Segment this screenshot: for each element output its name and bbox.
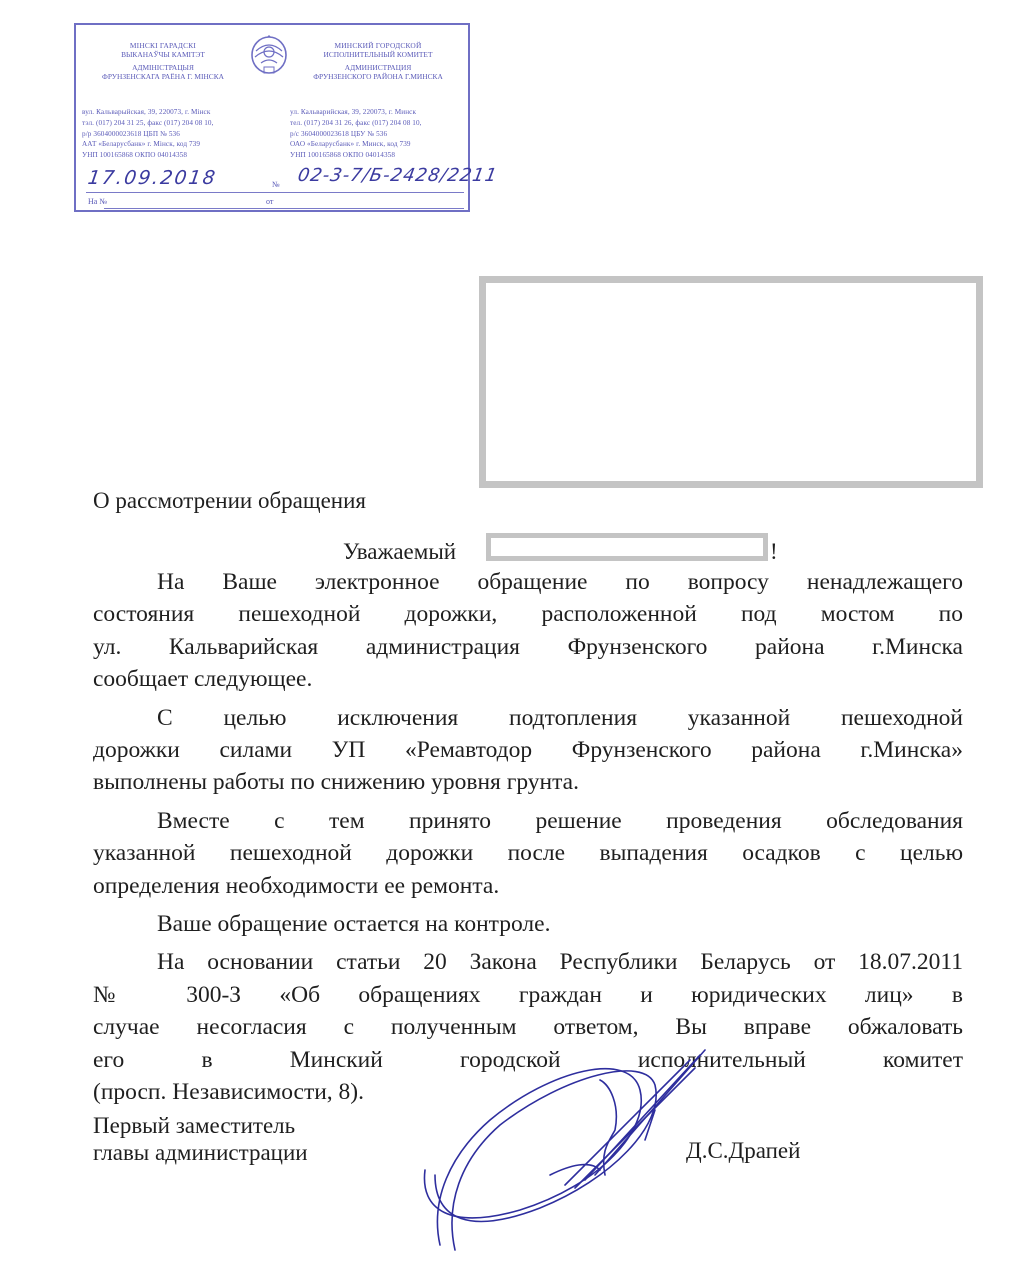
stamp-address-line: р/р 3604000023618 ЦБП № 536 xyxy=(82,129,254,140)
text-line: определения необходимости ее ремонта. xyxy=(93,870,963,902)
text-line: № 300-З «Об обращениях граждан и юридиче… xyxy=(93,979,963,1011)
stamp-org-line: ИСПОЛНИТЕЛЬНЫЙ КОМИТЕТ xyxy=(290,50,466,59)
registration-stamp: МІНСКІ ГАРАДСКІ ВЫКАНАЎЧЫ КАМІТЭТ АДМІНІ… xyxy=(74,23,470,212)
stamp-dept-line: АДМІНІСТРАЦЫЯ xyxy=(78,63,248,72)
text-line: ул. Кальварийская администрация Фрунзенс… xyxy=(93,631,963,663)
text-line: На основании статьи 20 Закона Республики… xyxy=(93,946,963,978)
text-line: выполнены работы по снижению уровня грун… xyxy=(93,766,963,798)
stamp-address-line: ААТ «Беларусбанк» г. Мінск, код 739 xyxy=(82,139,254,150)
stamp-address-line: УНП 100165868 ОКПО 04014358 xyxy=(290,150,462,161)
stamp-address-line: тел. (017) 204 31 26, факс (017) 204 08 … xyxy=(290,118,462,129)
stamp-divider xyxy=(86,192,464,193)
paragraph: На Ваше электронное обращение по вопросу… xyxy=(93,566,963,696)
stamp-address-line: р/с 3604000023618 ЦБУ № 536 xyxy=(290,129,462,140)
signatory-title-line: главы администрации xyxy=(93,1139,308,1166)
stamp-dept-line: ФРУНЗЕНСКОГО РАЙОНА Г.МИНСКА xyxy=(290,72,466,81)
stamp-address-line: УНП 100165868 ОКПО 04014358 xyxy=(82,150,254,161)
redacted-recipient-name xyxy=(486,533,768,561)
stamp-org-russian: МИНСКИЙ ГОРОДСКОЙ ИСПОЛНИТЕЛЬНЫЙ КОМИТЕТ… xyxy=(290,25,466,81)
reply-to-label: На № xyxy=(88,197,107,206)
text-line: указанной пешеходной дорожки после выпад… xyxy=(93,837,963,869)
stamp-org-line: ВЫКАНАЎЧЫ КАМІТЭТ xyxy=(78,50,248,59)
stamp-dept-line: ФРУНЗЕНСКАГА РАЁНА Г. МІНСКА xyxy=(78,72,248,81)
stamp-address-russian: ул. Кальварийская, 39, 220073, г. Минск … xyxy=(290,107,462,161)
text-line: дорожки силами УП «Ремавтодор Фрунзенско… xyxy=(93,734,963,766)
stamp-address-line: тэл. (017) 204 31 25, факс (017) 204 08 … xyxy=(82,118,254,129)
paragraph: С целью исключения подтопления указанной… xyxy=(93,702,963,799)
handwritten-date: 17.09.2018 xyxy=(86,167,218,189)
stamp-org-line: МИНСКИЙ ГОРОДСКОЙ xyxy=(290,41,466,50)
text-line: Ваше обращение остается на контроле. xyxy=(93,908,963,940)
greeting-exclamation: ! xyxy=(770,539,778,565)
text-line: На Ваше электронное обращение по вопросу… xyxy=(93,566,963,598)
redacted-recipient-address xyxy=(479,276,983,488)
stamp-address-line: ул. Кальварийская, 39, 220073, г. Минск xyxy=(290,107,462,118)
greeting: Уважаемый xyxy=(343,539,456,565)
stamp-address-belarusian: вул. Кальварыйская, 39, 220073, г. Мінск… xyxy=(82,107,254,161)
handwritten-reference-number: 02-3-7/Б-2428/2211 xyxy=(296,165,499,186)
paragraph: Вместе с тем принято решение проведения … xyxy=(93,805,963,902)
letter-subject: О рассмотрении обращения xyxy=(93,488,366,514)
signatory-title: Первый заместитель главы администрации xyxy=(93,1112,308,1166)
text-line: Вместе с тем принято решение проведения … xyxy=(93,805,963,837)
number-label: № xyxy=(272,180,280,189)
text-line: состояния пешеходной дорожки, расположен… xyxy=(93,598,963,630)
stamp-address-line: вул. Кальварыйская, 39, 220073, г. Мінск xyxy=(82,107,254,118)
paragraph: Ваше обращение остается на контроле. xyxy=(93,908,963,940)
text-line: С целью исключения подтопления указанной… xyxy=(93,702,963,734)
stamp-dept-line: АДМИНИСТРАЦИЯ xyxy=(290,63,466,72)
stamp-divider xyxy=(104,208,464,209)
signatory-title-line: Первый заместитель xyxy=(93,1112,308,1139)
stamp-address-line: ОАО «Беларусбанк» г. Минск, код 739 xyxy=(290,139,462,150)
text-line: сообщает следующее. xyxy=(93,663,963,695)
stamp-org-belarusian: МІНСКІ ГАРАДСКІ ВЫКАНАЎЧЫ КАМІТЭТ АДМІНІ… xyxy=(78,25,248,81)
coat-of-arms-icon xyxy=(250,35,288,79)
stamp-org-line: МІНСКІ ГАРАДСКІ xyxy=(78,41,248,50)
handwritten-signature xyxy=(400,1030,760,1280)
from-label: от xyxy=(266,197,273,206)
